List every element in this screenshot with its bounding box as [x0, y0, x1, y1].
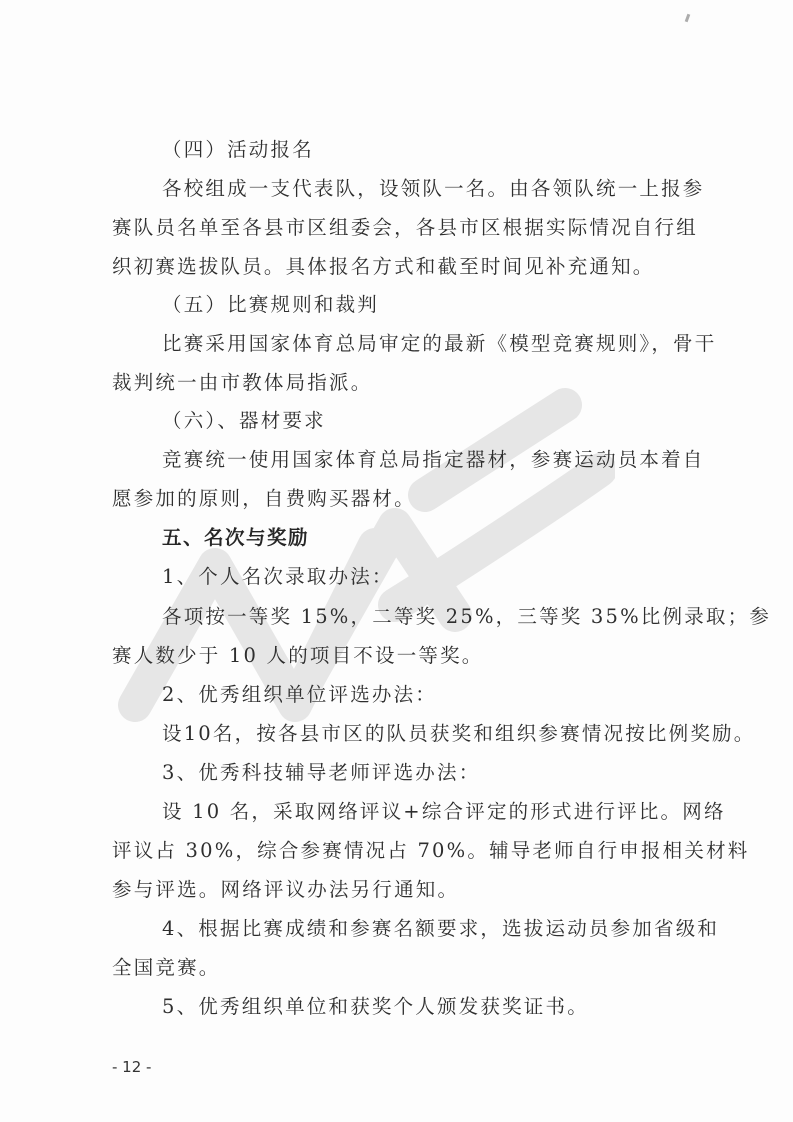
- scan-speck: [685, 14, 691, 23]
- paragraph-line: 裁判统一由市教体局指派。: [112, 370, 372, 396]
- item-organization-award: 2、优秀组织单位评选办法：: [162, 682, 437, 708]
- paragraph-line: 各校组成一支代表队，设领队一名。由各领队统一上报参: [162, 176, 705, 202]
- item-individual-ranking: 1、个人名次录取办法：: [162, 564, 394, 590]
- paragraph-line: 4、根据比赛成绩和参赛名额要求，选拔运动员参加省级和: [162, 916, 719, 942]
- item-certificates: 5、优秀组织单位和获奖个人颁发获奖证书。: [162, 994, 589, 1020]
- paragraph-line: 各项按一等奖 15%，二等奖 25%，三等奖 35%比例录取；参: [162, 604, 771, 630]
- paragraph-line: 参与评选。网络评议办法另行通知。: [112, 877, 459, 903]
- paragraph-line: 评议占 30%，综合参赛情况占 70%。辅导老师自行申报相关材料: [112, 838, 749, 864]
- paragraph-line: 愿参加的原则，自费购买器材。: [112, 486, 416, 512]
- heading-rankings-awards: 五、名次与奖励: [162, 525, 309, 551]
- paragraph-line: 比赛采用国家体育总局审定的最新《模型竞赛规则》，骨干: [162, 331, 716, 357]
- paragraph-line: 设 10 名，采取网络评议+综合评定的形式进行评比。网络: [162, 799, 726, 825]
- paragraph-line: 织初赛选拔队员。具体报名方式和截至时间见补充通知。: [112, 254, 655, 280]
- paragraph-line: 竞赛统一使用国家体育总局指定器材，参赛运动员本着自: [162, 447, 705, 473]
- document-page: （四）活动报名 各校组成一支代表队，设领队一名。由各领队统一上报参 赛队员名单至…: [0, 0, 793, 1122]
- subheading-equipment: （六）、器材要求: [162, 408, 326, 434]
- paragraph-line: 赛队员名单至各县市区组委会，各县市区根据实际情况自行组: [112, 215, 698, 241]
- subheading-rules: （五）比赛规则和裁判: [162, 292, 379, 318]
- page-number: - 12 -: [112, 1058, 151, 1076]
- subheading-registration: （四）活动报名: [162, 137, 314, 163]
- paragraph-line: 全国竞赛。: [112, 955, 221, 981]
- paragraph-line: 设10名，按各县市区的队员获奖和组织参赛情况按比例奖励。: [162, 721, 755, 747]
- paragraph-line: 赛人数少于 10 人的项目不设一等奖。: [112, 643, 484, 669]
- item-teacher-award: 3、优秀科技辅导老师评选办法：: [162, 760, 480, 786]
